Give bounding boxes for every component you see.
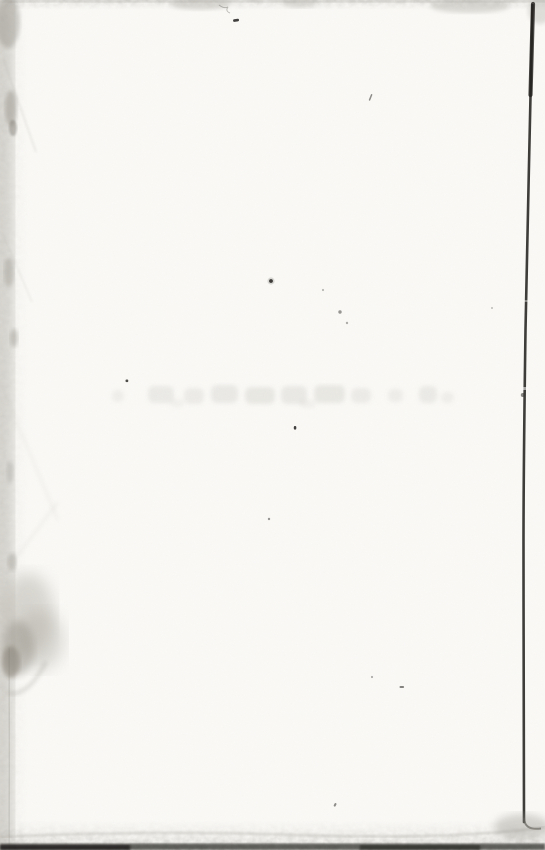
speck-dot-5 — [371, 676, 373, 678]
speck-dot-4 — [268, 518, 270, 520]
speck-dash-2 — [400, 686, 405, 688]
scanned-page-canvas — [0, 0, 545, 850]
scanned-page — [0, 0, 545, 850]
paper-grain-texture — [0, 0, 545, 850]
speck-dot-3 — [294, 426, 297, 430]
speck-blob-1 — [338, 310, 341, 313]
speck-dot-ghost-row — [126, 380, 129, 383]
speck-dot-2 — [322, 289, 324, 291]
